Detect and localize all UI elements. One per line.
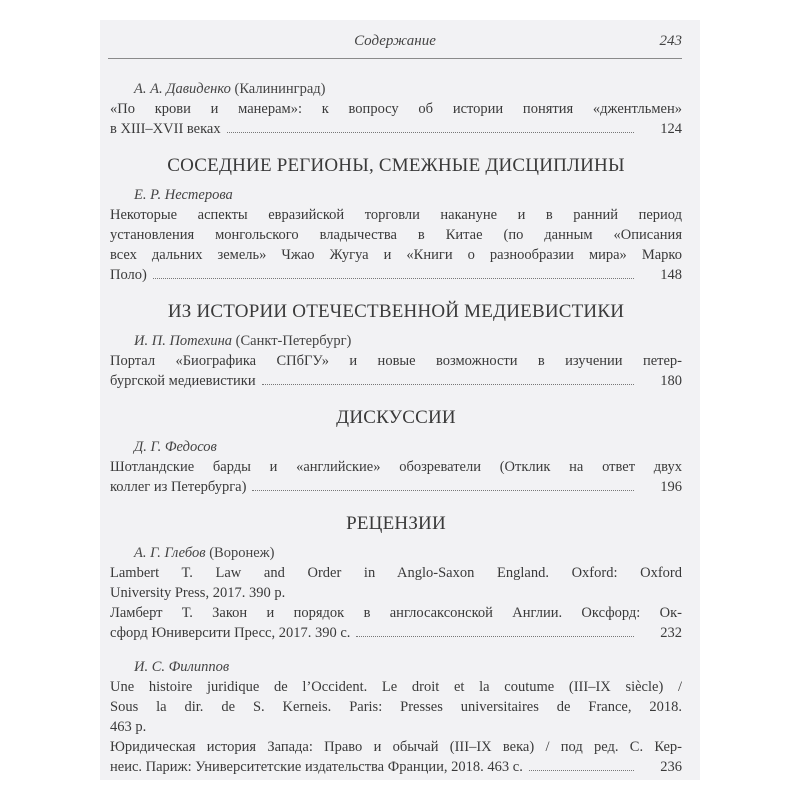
entry-last-line: сфорд Юниверсити Пресс, 2017. 390 с.232 bbox=[110, 623, 682, 643]
dot-leader bbox=[227, 131, 634, 133]
toc-entry: «По крови и манерам»: к вопросу об истор… bbox=[110, 99, 682, 139]
toc-entry: Портал «Биографика СПбГУ» и новые возмож… bbox=[110, 351, 682, 391]
entry-line: 463 p. bbox=[110, 717, 682, 737]
section-heading: РЕЦЕНЗИИ bbox=[110, 511, 682, 537]
spacer bbox=[110, 777, 682, 785]
author-name: Д. Г. Федосов bbox=[134, 439, 217, 455]
entry-line: Sous la dir. de S. Kerneis. Paris: Press… bbox=[110, 697, 682, 717]
author-place: (Санкт-Петербург) bbox=[232, 333, 351, 349]
toc-entry: Шотландские барды и «английские» обозрев… bbox=[110, 457, 682, 497]
dot-leader bbox=[262, 383, 634, 385]
toc-entry: Lambert T. Law and Order in Anglo-Saxon … bbox=[110, 563, 682, 643]
entry-page-number: 124 bbox=[642, 119, 682, 139]
entry-line: «По крови и манерам»: к вопросу об истор… bbox=[110, 99, 682, 119]
entry-author: А. Г. Глебов (Воронеж) bbox=[110, 543, 682, 563]
book-page: Содержание 243 А. А. Давиденко (Калининг… bbox=[100, 20, 700, 780]
dot-leader bbox=[529, 769, 634, 771]
author-name: А. А. Давиденко bbox=[134, 81, 231, 97]
entry-line: Ламберт Т. Закон и порядок в англосаксон… bbox=[110, 603, 682, 623]
entry-line: University Press, 2017. 390 p. bbox=[110, 583, 682, 603]
entry-author: А. А. Давиденко (Калининград) bbox=[110, 79, 682, 99]
spacer bbox=[110, 391, 682, 399]
entry-line: установления монгольского владычества в … bbox=[110, 225, 682, 245]
entry-author: И. С. Филиппов bbox=[110, 657, 682, 677]
section-heading: СОСЕДНИЕ РЕГИОНЫ, СМЕЖНЫЕ ДИСЦИПЛИНЫ bbox=[110, 153, 682, 179]
entry-line: коллег из Петербурга) bbox=[110, 477, 246, 497]
section-heading: ДИСКУССИИ bbox=[110, 405, 682, 431]
entry-line: сфорд Юниверсити Пресс, 2017. 390 с. bbox=[110, 623, 350, 643]
entry-line: Портал «Биографика СПбГУ» и новые возмож… bbox=[110, 351, 682, 371]
page-number: 243 bbox=[660, 33, 683, 50]
entry-last-line: в XIII–XVII веках124 bbox=[110, 119, 682, 139]
entry-page-number: 180 bbox=[642, 371, 682, 391]
entry-author: Е. Р. Нестерова bbox=[110, 185, 682, 205]
entry-line: Поло) bbox=[110, 265, 147, 285]
entry-author: И. П. Потехина (Санкт-Петербург) bbox=[110, 331, 682, 351]
spacer bbox=[110, 285, 682, 293]
entry-line: Une histoire juridique de l’Occident. Le… bbox=[110, 677, 682, 697]
section-heading: ИЗ ИСТОРИИ ОТЕЧЕСТВЕННОЙ МЕДИЕВИСТИКИ bbox=[110, 299, 682, 325]
entry-line: в XIII–XVII веках bbox=[110, 119, 221, 139]
entry-line: бургской медиевистики bbox=[110, 371, 256, 391]
entry-page-number: 232 bbox=[642, 623, 682, 643]
entry-page-number: 196 bbox=[642, 477, 682, 497]
spacer bbox=[110, 497, 682, 505]
entry-author: Д. Г. Федосов bbox=[110, 437, 682, 457]
entry-line: Некоторые аспекты евразийской торговли н… bbox=[110, 205, 682, 225]
entry-page-number: 148 bbox=[642, 265, 682, 285]
entry-last-line: Поло)148 bbox=[110, 265, 682, 285]
author-place: (Воронеж) bbox=[206, 545, 275, 561]
entry-page-number: 236 bbox=[642, 757, 682, 777]
dot-leader bbox=[252, 489, 634, 491]
entry-last-line: бургской медиевистики180 bbox=[110, 371, 682, 391]
dot-leader bbox=[153, 277, 634, 279]
entry-last-line: коллег из Петербурга)196 bbox=[110, 477, 682, 497]
toc-entry: Une histoire juridique de l’Occident. Le… bbox=[110, 677, 682, 777]
dot-leader bbox=[356, 635, 634, 637]
running-head-title: Содержание bbox=[108, 33, 682, 50]
table-of-contents: А. А. Давиденко (Калининград)«По крови и… bbox=[110, 73, 682, 785]
entry-line: Lambert T. Law and Order in Anglo-Saxon … bbox=[110, 563, 682, 583]
running-head: Содержание 243 bbox=[108, 30, 682, 59]
author-name: И. П. Потехина bbox=[134, 333, 232, 349]
entry-line: Юридическая история Запада: Право и обыч… bbox=[110, 737, 682, 757]
author-name: И. С. Филиппов bbox=[134, 659, 229, 675]
entry-line: Шотландские барды и «английские» обозрев… bbox=[110, 457, 682, 477]
toc-entry: Некоторые аспекты евразийской торговли н… bbox=[110, 205, 682, 285]
entry-last-line: неис. Париж: Университетские издательств… bbox=[110, 757, 682, 777]
author-name: А. Г. Глебов bbox=[134, 545, 206, 561]
author-name: Е. Р. Нестерова bbox=[134, 187, 233, 203]
spacer bbox=[110, 643, 682, 651]
entry-line: неис. Париж: Университетские издательств… bbox=[110, 757, 523, 777]
spacer bbox=[110, 139, 682, 147]
entry-line: всех дальних земель» Чжао Жугуа и «Книги… bbox=[110, 245, 682, 265]
author-place: (Калининград) bbox=[231, 81, 326, 97]
